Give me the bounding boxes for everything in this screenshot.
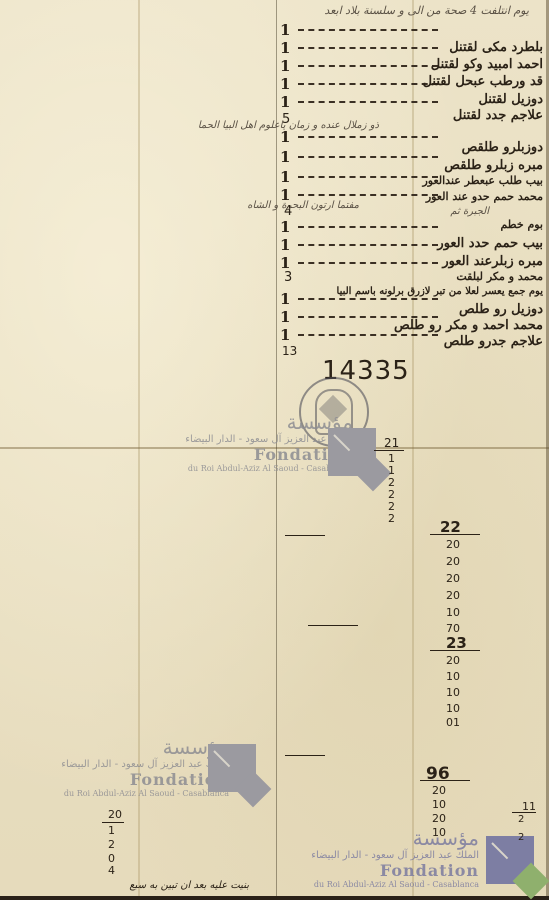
column-value: 2 (108, 838, 115, 851)
ledger-entry: محمد حمم حدو عند العور (426, 190, 543, 203)
column-value: 1 (108, 824, 115, 837)
tally-row: 1 (280, 170, 438, 184)
watermark-foundation: مؤسسة الملك عبد العزيز آل سعود - الدار ا… (311, 826, 479, 889)
ledger-entry: بلطرد مكى لقتنل (449, 40, 543, 55)
margin-number: 13 (282, 344, 297, 358)
ledger-entry: احمد امبيد وكو لقتنل (431, 57, 543, 72)
ledger-entry: بوم خطم (500, 218, 543, 231)
margin-note: ذو زملال عنده و زمان ياعلوم اهل البيا ال… (198, 120, 379, 131)
ledger-entry: يوم جمع يعسر لعلا من تبر لازرق برلونه با… (337, 286, 543, 297)
ledger-entry: علاجم جدد لقتنل (453, 108, 543, 123)
ledger-entry: بيب طلب عبعطر عندالعور (422, 174, 543, 187)
column-value: 4 (108, 864, 115, 877)
tally-row: 1 (280, 59, 438, 73)
column-value: 20 (446, 572, 460, 585)
column-value: 10 (446, 670, 460, 683)
column-value: 2 (388, 512, 395, 525)
column-rule (430, 650, 480, 651)
column-rule (512, 812, 536, 813)
column-value: 10 (446, 686, 460, 699)
header-line: يوم انتلفت 4 صحة من الى و سلسنة بلاد ابع… (324, 4, 529, 17)
ledger-entry: دوزبلرو طلقص (462, 140, 543, 155)
ink-stroke (285, 535, 325, 536)
column-value: 20 (446, 538, 460, 551)
margin-number: 3 (284, 270, 292, 285)
ledger-entry: محمد و مكر لبلقت (456, 270, 543, 283)
tally-row: 1 (280, 150, 438, 164)
ink-stroke (308, 625, 358, 626)
tally-row: 1 (280, 220, 438, 234)
tally-row: 1 (280, 130, 438, 144)
column-rule (420, 780, 470, 781)
column-value: 01 (446, 716, 460, 729)
column-value: 20 (432, 812, 446, 825)
column-value: 2 (518, 832, 524, 843)
tally-row: 1 (280, 23, 438, 37)
tally-row: 1 (280, 256, 438, 270)
column-value: 20 (432, 784, 446, 797)
column-header: 21 (384, 436, 399, 450)
page-edge-bottom (0, 896, 549, 900)
foundation-logo-icon (486, 836, 534, 884)
margin-note: مفتما ارتون البحرة و الشاه (247, 200, 359, 211)
ledger-entry: دوزيل لقتنل (478, 92, 543, 107)
column-rule (102, 822, 124, 823)
ledger-entry: دوزيل رو طلص (459, 302, 543, 317)
column-value: 20 (446, 654, 460, 667)
foundation-logo-icon (208, 744, 256, 792)
column-value: 2 (518, 814, 524, 825)
tally-row: 1 (280, 95, 438, 109)
ledger-entry: قد ورطب عبحل لقتنل (423, 74, 543, 89)
ledger-entry: بيب حمم حدد العور (437, 236, 543, 251)
column-value: 20 (446, 589, 460, 602)
watermark-foundation: مؤسسة الملك عبد العزيز آل سعود - الدار ا… (61, 735, 229, 798)
column-header: 20 (108, 808, 122, 821)
column-rule (430, 534, 480, 535)
tally-row: 1 (280, 238, 438, 252)
ledger-entry: مبره زبلرعند العور (442, 254, 543, 269)
column-header: 96 (426, 764, 450, 784)
ledger-note: الجبرة ثم (450, 206, 489, 217)
column-value: 10 (432, 826, 446, 839)
tally-row: 1 (280, 41, 438, 55)
bottom-line-text: بنيت عليه بعد ان تبين به سبع (129, 880, 249, 891)
column-rule (374, 450, 404, 451)
column-value: 10 (432, 798, 446, 811)
tally-row: 1 (280, 77, 438, 91)
ledger-entry: علاجم جدرو طلص (444, 334, 543, 349)
ink-stroke (285, 755, 325, 756)
column-value: 20 (446, 555, 460, 568)
foundation-logo-icon (328, 428, 376, 476)
column-value: 10 (446, 606, 460, 619)
ledger-entry: مبره زبلرو طلقص (444, 158, 543, 173)
column-value: 10 (446, 702, 460, 715)
ledger-entry: محمد احمد و مكر رو طلص (394, 318, 543, 333)
